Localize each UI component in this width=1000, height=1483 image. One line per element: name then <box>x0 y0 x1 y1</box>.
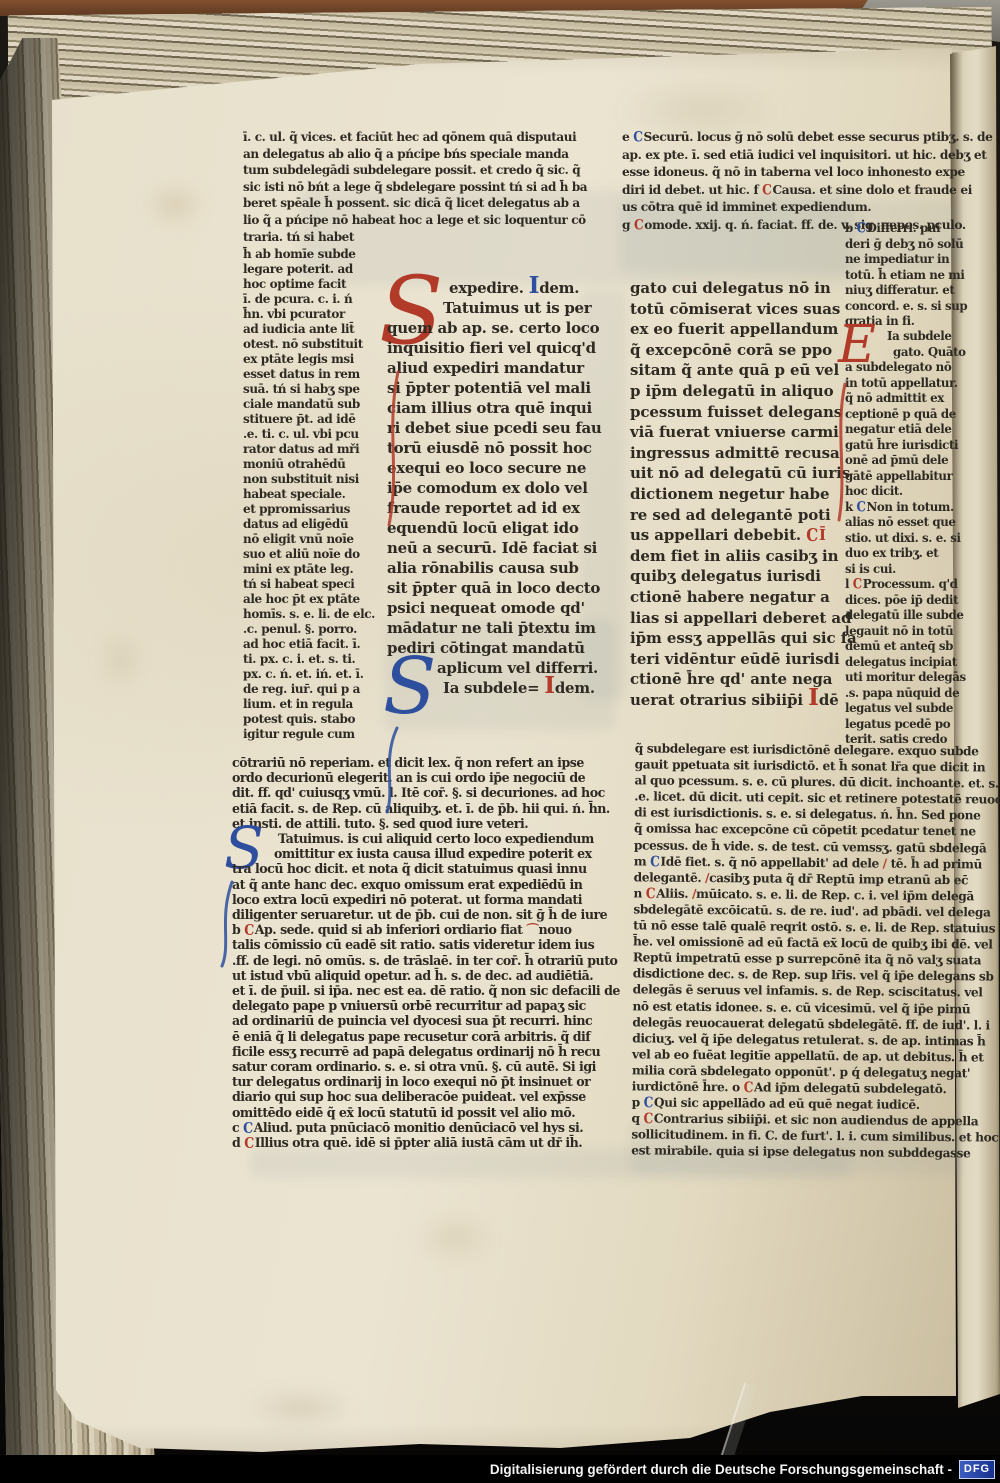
text-line: si is cui. <box>845 562 966 578</box>
gloss-top-right: e CSecurū. locus ḡ nō solū debet esse se… <box>622 129 993 234</box>
dfg-logo: DFG <box>959 1460 995 1479</box>
text-segment: ale hoc p̄t ex ptāte <box>243 592 360 606</box>
text-segment: talis cōmissio cū eadē sit ratio. satis … <box>232 937 594 952</box>
text-line: Ia subdele <box>845 329 966 345</box>
text-segment: diri id debet. ut hic. f <box>622 183 762 197</box>
text-line: diligenter seruaretur. ut de p̄b. cui de… <box>232 907 620 922</box>
text-segment: p ip̄m delegatū in aliquo <box>630 382 833 400</box>
text-segment: uti moritur delegās <box>845 670 966 684</box>
text-line: totū. h̄ etiam ne mi <box>845 268 967 284</box>
text-segment: et insti. de attili. tuto. §. sed quod i… <box>232 816 528 831</box>
text-line: ciale mandatū sub <box>243 397 375 412</box>
text-segment: tra locū hoc dicit. et nota q̃ dicit sta… <box>232 861 587 876</box>
text-line: ip̄m essʒ appellās qui sic fa <box>630 628 857 649</box>
text-segment: casibʒ puta q̃ dr̄ Reptū imp etranū ab e… <box>709 871 968 887</box>
text-line: talis cōmissio cū eadē sit ratio. satis … <box>232 937 620 952</box>
text-segment: sbdelegātē excōicatū. s. de re. iud'. ad… <box>633 902 990 919</box>
pilcrow-mark: C <box>806 523 818 547</box>
text-segment: viā fuerat vniuerse carmi <box>630 423 839 441</box>
text-segment: omittēdo eidē q̃ ex̄ locū statutū id pos… <box>232 1105 575 1120</box>
text-segment: exequi eo loco secure ne <box>387 459 586 477</box>
text-line: diario qui sup hoc sua deliberacōe puide… <box>232 1089 620 1104</box>
text-segment: dictionem negetur habe <box>630 485 829 503</box>
text-line: ex eo fuerit appellandum <box>630 319 857 340</box>
text-line: aplicum vel differri. <box>387 658 598 678</box>
text-line: psici nequeat omode qd' <box>387 598 602 618</box>
text-segment: Ap. sede. quid si ab inferiori ordiario … <box>255 922 527 937</box>
text-segment: diciuʒ. vel q̃ ip̄e delegatus retulerat.… <box>632 1031 985 1048</box>
gloss-lower-right: q̃ subdelegare est iurisdictōnē delegare… <box>631 740 1000 1162</box>
text-line: mini ex ptāte leg. <box>243 562 375 577</box>
text-line: esset datus in rem <box>243 367 375 382</box>
text-line: nō eligit vnū noīe <box>243 532 375 547</box>
text-segment: alias nō esset que <box>845 515 956 529</box>
text-segment: Aliud. puta pnūciacō monitio denūciacō v… <box>254 1120 584 1135</box>
text-segment: deri ḡ debʒ nō solū <box>845 237 963 251</box>
text-line: ap. ex pte. ī. sed etiā iudici vel inqui… <box>622 147 993 165</box>
text-line: ex ptāte legis msi <box>243 352 375 367</box>
text-line: uit nō ad delegatū cū iuris <box>630 463 857 484</box>
text-segment: ip̄m essʒ appellās qui sic fa <box>630 629 857 647</box>
text-segment: habeat speciale. <box>243 487 345 501</box>
text-segment: nouo <box>538 922 571 937</box>
text-segment: hoc dicit. <box>845 484 903 498</box>
text-line: totū cōmiserat vices suas <box>630 299 857 320</box>
pilcrow-mark: C <box>643 1109 652 1128</box>
text-segment: milia corā sbdelegato opponūt'. p q́ del… <box>632 1063 970 1080</box>
text-segment: delegās ē seruus vel infamis. s. de Rep.… <box>633 983 983 1000</box>
text-segment: q̃ omissa hac excepcōne cū cōpetit pceda… <box>634 822 976 839</box>
text-line: satur coram ordinario. s. e. si otra vnū… <box>232 1059 620 1074</box>
text-segment: omittitur ex iusta causa illud expedire … <box>274 846 592 861</box>
text-line: uti moritur delegās <box>845 670 966 686</box>
text-line: delegatus incipiat <box>845 655 966 671</box>
text-line: ciam illius otra quē inqui <box>387 398 602 418</box>
text-segment: fraude reportet ad id ex <box>387 499 580 517</box>
text-segment: ad ordinariū de puincia vel dyocesi sua … <box>232 1013 592 1028</box>
text-segment: Ia subdele= <box>443 679 544 697</box>
text-segment: Aliis. <box>656 886 692 900</box>
text-segment: tń si habeat speci <box>243 577 354 591</box>
text-line: dices. pōe ip̄ dedit <box>845 593 966 609</box>
text-segment: px. c. ń. et. iń. et. ī. <box>243 667 363 681</box>
text-line: legauit nō in totū <box>845 624 966 640</box>
text-segment: q <box>631 1112 643 1126</box>
text-line: q̃ nō admittit ex <box>845 391 966 407</box>
text-line: sitam q̃ ante quā p eū vel <box>630 360 857 381</box>
text-segment: uit nō ad delegatū cū iuris <box>630 464 850 482</box>
text-line: ctionē h̄re qd' ante nega <box>630 669 857 690</box>
text-segment: mādatur ne tali p̄textu im <box>387 619 596 637</box>
text-segment: pcessus. de h̄ vide. s. de test. cū vems… <box>634 838 987 855</box>
text-segment: diligenter seruaretur. ut de p̄b. cui de… <box>232 907 607 922</box>
text-line: igitur regule cum <box>243 727 375 742</box>
pilcrow-mark: C <box>646 884 655 903</box>
text-line: non substituit nisi <box>243 472 375 487</box>
text-segment: cōtrariū nō reperiam. et dicit lex. q̃ n… <box>232 755 584 770</box>
text-line: et insti. de attili. tuto. §. sed quod i… <box>232 816 610 831</box>
text-segment: dit. ff. qd' cuiusqʒ vmū. l. Itē cor̄. §… <box>232 785 605 800</box>
text-line: ad hoc etiā facit. ī. <box>243 637 375 652</box>
text-segment: esset datus in rem <box>243 367 360 381</box>
text-segment: tum subdelegādi subdelegare possit. et c… <box>243 163 580 177</box>
text-line: concord. e. s. si sup <box>845 299 967 315</box>
text-line: us appellari debebit. CĪ <box>630 525 857 546</box>
text-line: exequi eo loco secure ne <box>387 458 602 478</box>
text-segment: ad hoc etiā facit. ī. <box>243 637 360 651</box>
gloss-right-margin-top: b CDifferri. puideri ḡ debʒ nō solūne im… <box>845 221 967 330</box>
text-line: re sed ad delegantē poti <box>630 505 857 526</box>
text-segment: b <box>845 221 857 235</box>
text-line: dit. ff. qd' cuiusqʒ vmū. l. Itē cor̄. §… <box>232 785 610 800</box>
text-segment: potest quis. stabo <box>243 712 355 726</box>
text-segment: dem. <box>555 679 595 697</box>
text-line: ingressus admittē recusa <box>630 443 857 464</box>
text-line: .e. ti. c. ul. vbi pcu <box>243 427 375 442</box>
text-line: negatur etiā dele <box>845 422 966 438</box>
text-line: ad iudicia ante lit̄ <box>243 322 375 337</box>
text-segment: lio q̃ a pńcipe nō habeat hoc a lege et … <box>243 213 586 227</box>
text-segment: Causa. et sine dolo et fraude ei <box>772 183 971 197</box>
text-line: rator datus ad mři <box>243 442 375 457</box>
text-line: q̃ excepcōnē corā se ppo <box>630 340 857 361</box>
text-line: hoc optime facit <box>243 277 375 292</box>
text-segment: p <box>632 1095 644 1109</box>
text-segment: g <box>622 218 634 232</box>
text-segment: Tatuimus ut is per <box>443 299 591 317</box>
text-segment: q̃ subdelegare est iurisdictōnē delegare… <box>635 741 979 758</box>
pilcrow-mark: C <box>762 180 771 201</box>
pilcrow-mark: C <box>244 1134 254 1152</box>
text-segment: an delegatus ab alio q̃ a pńcipe bńs spe… <box>243 147 569 161</box>
text-segment: l <box>845 577 853 591</box>
text-line: d CIllius otra quē. idē si p̄pter aliā i… <box>232 1135 620 1150</box>
text-segment: lium. et in regula <box>243 697 353 711</box>
text-segment: sit p̄pter quā in loco decto <box>387 579 600 597</box>
digitized-book-scan: ī. c. ul. q̃ vices. et faciūt hec ad qōn… <box>0 0 1000 1483</box>
text-line: diri id debet. ut hic. f CCausa. et sine… <box>622 182 993 200</box>
text-segment: ex eo fuerit appellandum <box>630 320 838 338</box>
text-line: et ī. de p̄uil. si ip̄a. nec est ea. dē … <box>232 983 620 998</box>
text-line: lias si appellari deberet ad <box>630 608 857 629</box>
text-segment: et ī. de p̄uil. si ip̄a. nec est ea. dē … <box>232 983 620 998</box>
text-segment: delegantē. <box>634 870 706 885</box>
text-segment: suo et aliū noīe do <box>243 547 360 561</box>
text-line: torū eiusdē nō possit hoc <box>387 438 602 458</box>
text-line: teri vidēntur eūdē iurisdi <box>630 649 857 670</box>
text-segment: I <box>544 672 555 699</box>
text-segment: .e. ti. c. ul. vbi pcu <box>243 427 359 441</box>
text-segment: stituere p̄t. ad idē <box>243 412 356 426</box>
text-segment: nō est etatis idonee. s. e. cū vicesimū.… <box>632 999 970 1016</box>
text-line: ī. de pcura. c. i. ń <box>243 292 375 307</box>
gloss-top-left: ī. c. ul. q̃ vices. et faciūt hec ad qōn… <box>243 129 587 245</box>
text-line: b CAp. sede. quid si ab inferiori ordiar… <box>232 922 620 937</box>
text-segment: Ia subdele <box>887 329 951 343</box>
text-segment: iurdictōnē h̄re. o <box>632 1079 744 1094</box>
text-segment: ⌒ <box>526 922 538 937</box>
text-segment: torū eiusdē nō possit hoc <box>387 439 592 457</box>
text-line: tra locū hoc dicit. et nota q̃ dicit sta… <box>232 861 620 876</box>
text-line: dictionem negetur habe <box>630 484 857 505</box>
text-segment: psici nequeat omode qd' <box>387 599 585 617</box>
text-segment: tur delegatus ordinarij in loco exequi n… <box>232 1074 590 1089</box>
text-segment: diario qui sup hoc sua deliberacōe puide… <box>232 1089 586 1104</box>
text-segment: otest. nō substituit <box>243 337 363 351</box>
text-segment: sitam q̃ ante quā p eū vel <box>630 361 839 379</box>
text-line: omittēdo eidē q̃ ex̄ locū statutū id pos… <box>232 1105 620 1120</box>
text-segment: duo ex tribʒ. et <box>845 546 938 560</box>
text-segment: totū. h̄ etiam ne mi <box>845 268 964 282</box>
text-segment: di est iurisdictionis. s. e. si delegatu… <box>634 806 980 823</box>
text-segment: si p̄pter potentiā vel mali <box>387 379 591 397</box>
text-segment: sic isti nō bńt a lege q̃ sbdelegare pos… <box>243 180 587 194</box>
pilcrow-mark: C <box>856 498 865 516</box>
text-segment: in totū appellatur. <box>845 376 958 390</box>
text-line: mādatur ne tali p̄textu im <box>387 618 602 638</box>
text-line: Ia subdele= Idem. <box>387 678 598 698</box>
text-line: px. c. ń. et. iń. et. ī. <box>243 667 375 682</box>
text-line: niuʒ differatur. et <box>845 283 967 299</box>
text-segment: quibʒ delegatus iurisdi <box>630 567 821 585</box>
text-segment: .c. penul. §. porro. <box>243 622 357 636</box>
text-segment: us appellari debebit. <box>630 526 806 544</box>
text-segment: ordo decurionū elegerit. an is cui ordo … <box>232 770 585 785</box>
text-segment: pcessum fuisset delegans <box>630 403 842 421</box>
text-segment: ciale mandatū sub <box>243 397 360 411</box>
text-line: b CDifferri. pui <box>845 221 967 237</box>
watermark-bar: Digitalisierung gefördert durch die Deut… <box>0 1455 1000 1483</box>
pilcrow-mark: C <box>633 127 642 148</box>
text-segment: non substituit nisi <box>243 472 359 486</box>
text-line: et ppromissarius <box>243 502 375 517</box>
text-segment: niuʒ differatur. et <box>845 283 954 297</box>
text-segment: n <box>633 886 645 900</box>
text-segment: est mirabile. quia si ipse delegatus non… <box>631 1144 970 1161</box>
text-line: suā. tń si habʒ spe <box>243 382 375 397</box>
text-segment: concord. e. s. si sup <box>845 299 967 313</box>
text-line: ad ordinariū de puincia vel dyocesi sua … <box>232 1013 620 1028</box>
text-line: omittitur ex iusta causa illud expedire … <box>232 846 620 861</box>
text-line: h̄n. vbi pcurator <box>243 307 375 322</box>
text-line: c CAliud. puta pnūciacō monitio denūciac… <box>232 1120 620 1135</box>
text-line: h̄ ab homīe subde <box>243 247 375 262</box>
text-line: ctionē habere negatur a <box>630 587 857 608</box>
text-segment: Ad ip̄m delegatū subdelegatō. <box>754 1080 947 1096</box>
text-segment: ri debet siue pcedi seu fau <box>387 419 602 437</box>
main-column-left: Sexpedire. Idem.Tatuimus ut is perquem a… <box>387 278 602 658</box>
text-line: equendū locū eligat ido <box>387 518 602 538</box>
text-segment: moniū otrahēdū <box>243 457 345 471</box>
text-segment: ip̄e comodum ex dolo vel <box>387 479 588 497</box>
text-segment: quem ab ap. se. certo loco <box>387 319 599 337</box>
text-line: gatū h̄re iurisdicti <box>845 438 966 454</box>
text-segment: loco extra locū expediri nō poterat. ut … <box>232 892 582 907</box>
text-line: sic isti nō bńt a lege q̃ sbdelegare pos… <box>243 179 587 196</box>
pilcrow-mark: C <box>650 852 659 871</box>
text-segment: igitur regule cum <box>243 727 355 741</box>
text-segment: ē eniā q̃ li delegatus pape recusetur co… <box>232 1029 590 1044</box>
gloss-left-margin: h̄ ab homīe subdelegare poterit. adhoc o… <box>243 247 375 742</box>
text-line: est mirabile. quia si ipse delegatus non… <box>631 1143 1000 1162</box>
text-line: .ff. de legi. nō omūs. s. de trāslaē. in… <box>232 953 620 968</box>
text-line: esse idoneus. q̃ nō in taberna vel loco … <box>622 164 993 182</box>
text-segment: delegās reuocauerat delegatū sbdelegātē.… <box>632 1015 990 1032</box>
text-segment: equendū locū eligat ido <box>387 519 579 537</box>
text-line: in totū appellatur. <box>845 376 966 392</box>
text-segment: beret spēale h̄ possent. sic dicā q̃ lic… <box>243 196 580 210</box>
text-segment: k <box>845 500 856 514</box>
text-line: .c. penul. §. porro. <box>243 622 375 637</box>
text-segment: a subdelegato nō <box>845 360 951 374</box>
text-line: expedire. Idem. <box>387 278 602 298</box>
text-line: lio q̃ a pńcipe nō habeat hoc a lege et … <box>243 212 587 229</box>
text-segment: q̃ nō admittit ex <box>845 391 944 405</box>
text-segment: gātē appellabitur <box>845 469 952 483</box>
text-line: delegato pape p vniuersū orbē recurritur… <box>232 998 620 1013</box>
gloss-lower-left-b: STatuimus. is cui aliquid certo loco exp… <box>232 831 620 1150</box>
text-segment: homīs. s. e. li. de elc. <box>243 607 375 621</box>
text-segment: legare poterit. ad <box>243 262 353 276</box>
text-line: alia rōnabilis causa sub <box>387 558 602 578</box>
text-line: at q̃ ante hanc dec. exquo omissum erat … <box>232 877 620 892</box>
text-line: ri debet siue pcedi seu fau <box>387 418 602 438</box>
text-line: Tatuimus. is cui aliquid certo loco expe… <box>232 831 620 846</box>
text-line: cōtrariū nō reperiam. et dicit lex. q̃ n… <box>232 755 610 770</box>
text-line: beret spēale h̄ possent. sic dicā q̃ lic… <box>243 195 587 212</box>
text-segment: h̄n. vbi pcurator <box>243 307 345 321</box>
text-line: .s. papa nūquid de <box>845 686 966 702</box>
text-segment: c <box>232 1120 243 1135</box>
text-segment: demū et anteq̄ sb <box>845 639 953 653</box>
text-segment: Ī <box>819 526 826 544</box>
text-line: ceptionē p quā de <box>845 407 966 423</box>
text-segment: de reg. iur̄. qui p a <box>243 682 360 696</box>
text-segment: Securū. locus ḡ nō solū debet esse secur… <box>644 130 993 144</box>
text-line: viā fuerat vniuerse carmi <box>630 422 857 443</box>
text-line: dem fiet in aliis casibʒ in <box>630 546 857 567</box>
text-line: stio. ut dixi. s. e. si <box>845 531 966 547</box>
text-segment: et ppromissarius <box>243 502 350 516</box>
text-segment: expedire. <box>449 279 529 297</box>
text-segment: re sed ad delegantē poti <box>630 506 831 524</box>
text-segment: Differri. pui <box>867 221 941 235</box>
text-segment: vel ab eo fuēat legitīe appellatū. de ap… <box>632 1047 984 1064</box>
text-line: a subdelegato nō <box>845 360 966 376</box>
text-segment: ciam illius otra quē inqui <box>387 399 592 417</box>
text-segment: ex ptāte legis msi <box>243 352 354 366</box>
text-segment: ti. px. c. i. et. s. ti. <box>243 652 355 666</box>
text-segment: traria. tń si habet <box>243 230 354 244</box>
text-segment: ingressus admittē recusa <box>630 444 840 462</box>
pilcrow-mark: C <box>244 921 254 939</box>
text-line: otest. nō substituit <box>243 337 375 352</box>
text-segment: negatur etiā dele <box>845 422 951 436</box>
text-line: si p̄pter potentiā vel mali <box>387 378 602 398</box>
text-segment: q̃ excepcōnē corā se ppo <box>630 341 832 359</box>
text-line: l CProcessum. q'd <box>845 577 966 593</box>
text-line: hoc dicit. <box>845 484 966 500</box>
text-line: ne impediatur in <box>845 252 967 268</box>
text-line: loco extra locū expediri nō poterat. ut … <box>232 892 620 907</box>
text-line: ficile essʒ recurrē ad papā delegatus or… <box>232 1044 620 1059</box>
text-segment: Non in totum. <box>866 500 953 514</box>
text-line: Tatuimus ut is per <box>387 298 602 318</box>
text-segment: totū cōmiserat vices suas <box>630 300 840 318</box>
text-segment: Tatuimus. is cui aliquid certo loco expe… <box>278 831 594 846</box>
text-segment: delegatus incipiat <box>845 655 957 669</box>
text-segment: gato. Quāto <box>893 345 966 359</box>
text-segment: suā. tń si habʒ spe <box>243 382 360 396</box>
text-segment: .ff. de legi. nō omūs. s. de trāslaē. in… <box>232 953 617 968</box>
text-segment: b <box>232 922 244 937</box>
text-segment: I <box>808 684 819 711</box>
text-segment: d <box>232 1135 244 1150</box>
text-segment: nō eligit vnū noīe <box>243 532 354 546</box>
watermark-text: Digitalisierung gefördert durch die Deut… <box>490 1462 952 1477</box>
pilcrow-mark: C <box>857 220 866 238</box>
text-line: us cōtra quē id imminet expediendum. <box>622 199 993 217</box>
text-segment: ctionē habere negatur a <box>630 588 830 606</box>
text-line: onē ad p̄mū dele <box>845 453 966 469</box>
text-segment: aliud expediri mandatur <box>387 359 584 377</box>
text-segment: dem fiet in aliis casibʒ in <box>630 547 838 565</box>
text-segment: ut istud vbū aliquid opetur. ad h̄. s. d… <box>232 968 593 983</box>
text-segment: dem. <box>539 279 579 297</box>
text-segment: Illius otra quē. idē si p̄pter aliā iust… <box>255 1135 582 1150</box>
text-line: p ip̄m delegatū in aliquo <box>630 381 857 402</box>
main-column-right: gato cui delegatus nō intotū cōmiserat v… <box>630 278 857 710</box>
text-line: moniū otrahēdū <box>243 457 375 472</box>
text-segment: us cōtra quē id imminet expediendum. <box>622 200 871 214</box>
text-line: alias nō esset que <box>845 515 966 531</box>
text-line: quibʒ delegatus iurisdi <box>630 566 857 587</box>
text-segment: neū a securū. Idē faciat si <box>387 539 597 557</box>
text-segment: esse idoneus. q̃ nō in taberna vel loco … <box>622 165 965 179</box>
text-line: gato. Quāto <box>845 345 966 361</box>
text-line: ordo decurionū elegerit. an is cui ordo … <box>232 770 610 785</box>
text-segment: legatus pcedē po <box>845 717 950 731</box>
text-segment: uerat otrarius sibiip̄i <box>630 691 808 709</box>
text-segment: m <box>634 854 650 868</box>
text-segment: inquisitio fieri vel quicq'd <box>387 339 596 357</box>
text-line: tum subdelegādi subdelegare possit. et c… <box>243 162 587 179</box>
text-segment: e <box>622 130 633 144</box>
text-line: deri ḡ debʒ nō solū <box>845 237 967 253</box>
text-segment: gauit ppetuata sit iurisdictō. et h̄ son… <box>635 757 986 774</box>
gloss-lower-left-a: cōtrariū nō reperiam. et dicit lex. q̃ n… <box>232 755 610 831</box>
text-line: traria. tń si habet <box>243 229 587 246</box>
text-line: de reg. iur̄. qui p a <box>243 682 375 697</box>
text-line: ale hoc p̄t ex ptāte <box>243 592 375 607</box>
text-segment: Idē fiet. s. q̃ nō appellabit' ad dele <box>660 854 882 870</box>
text-segment: rator datus ad mři <box>243 442 359 456</box>
text-segment: ceptionē p quā de <box>845 407 956 421</box>
text-line: k CNon in totum. <box>845 500 966 516</box>
text-segment: ne impediatur in <box>845 252 949 266</box>
text-line: fraude reportet ad id ex <box>387 498 602 518</box>
text-line: potest quis. stabo <box>243 712 375 727</box>
text-line: gātē appellabitur <box>845 469 966 485</box>
text-line: e CSecurū. locus ḡ nō solū debet esse se… <box>622 129 993 147</box>
text-line: datus ad eligēdū <box>243 517 375 532</box>
text-line: lium. et in regula <box>243 697 375 712</box>
text-segment: etiā facit. s. de Rep. cū aliquibʒ. et. … <box>232 801 610 816</box>
text-line: gato cui delegatus nō in <box>630 278 857 299</box>
text-segment: Qui sic appellādo ad eū quē negat iudicē… <box>654 1096 920 1112</box>
text-segment: dices. pōe ip̄ dedit <box>845 593 958 607</box>
text-segment: at q̃ ante hanc dec. exquo omissum erat … <box>232 877 582 892</box>
